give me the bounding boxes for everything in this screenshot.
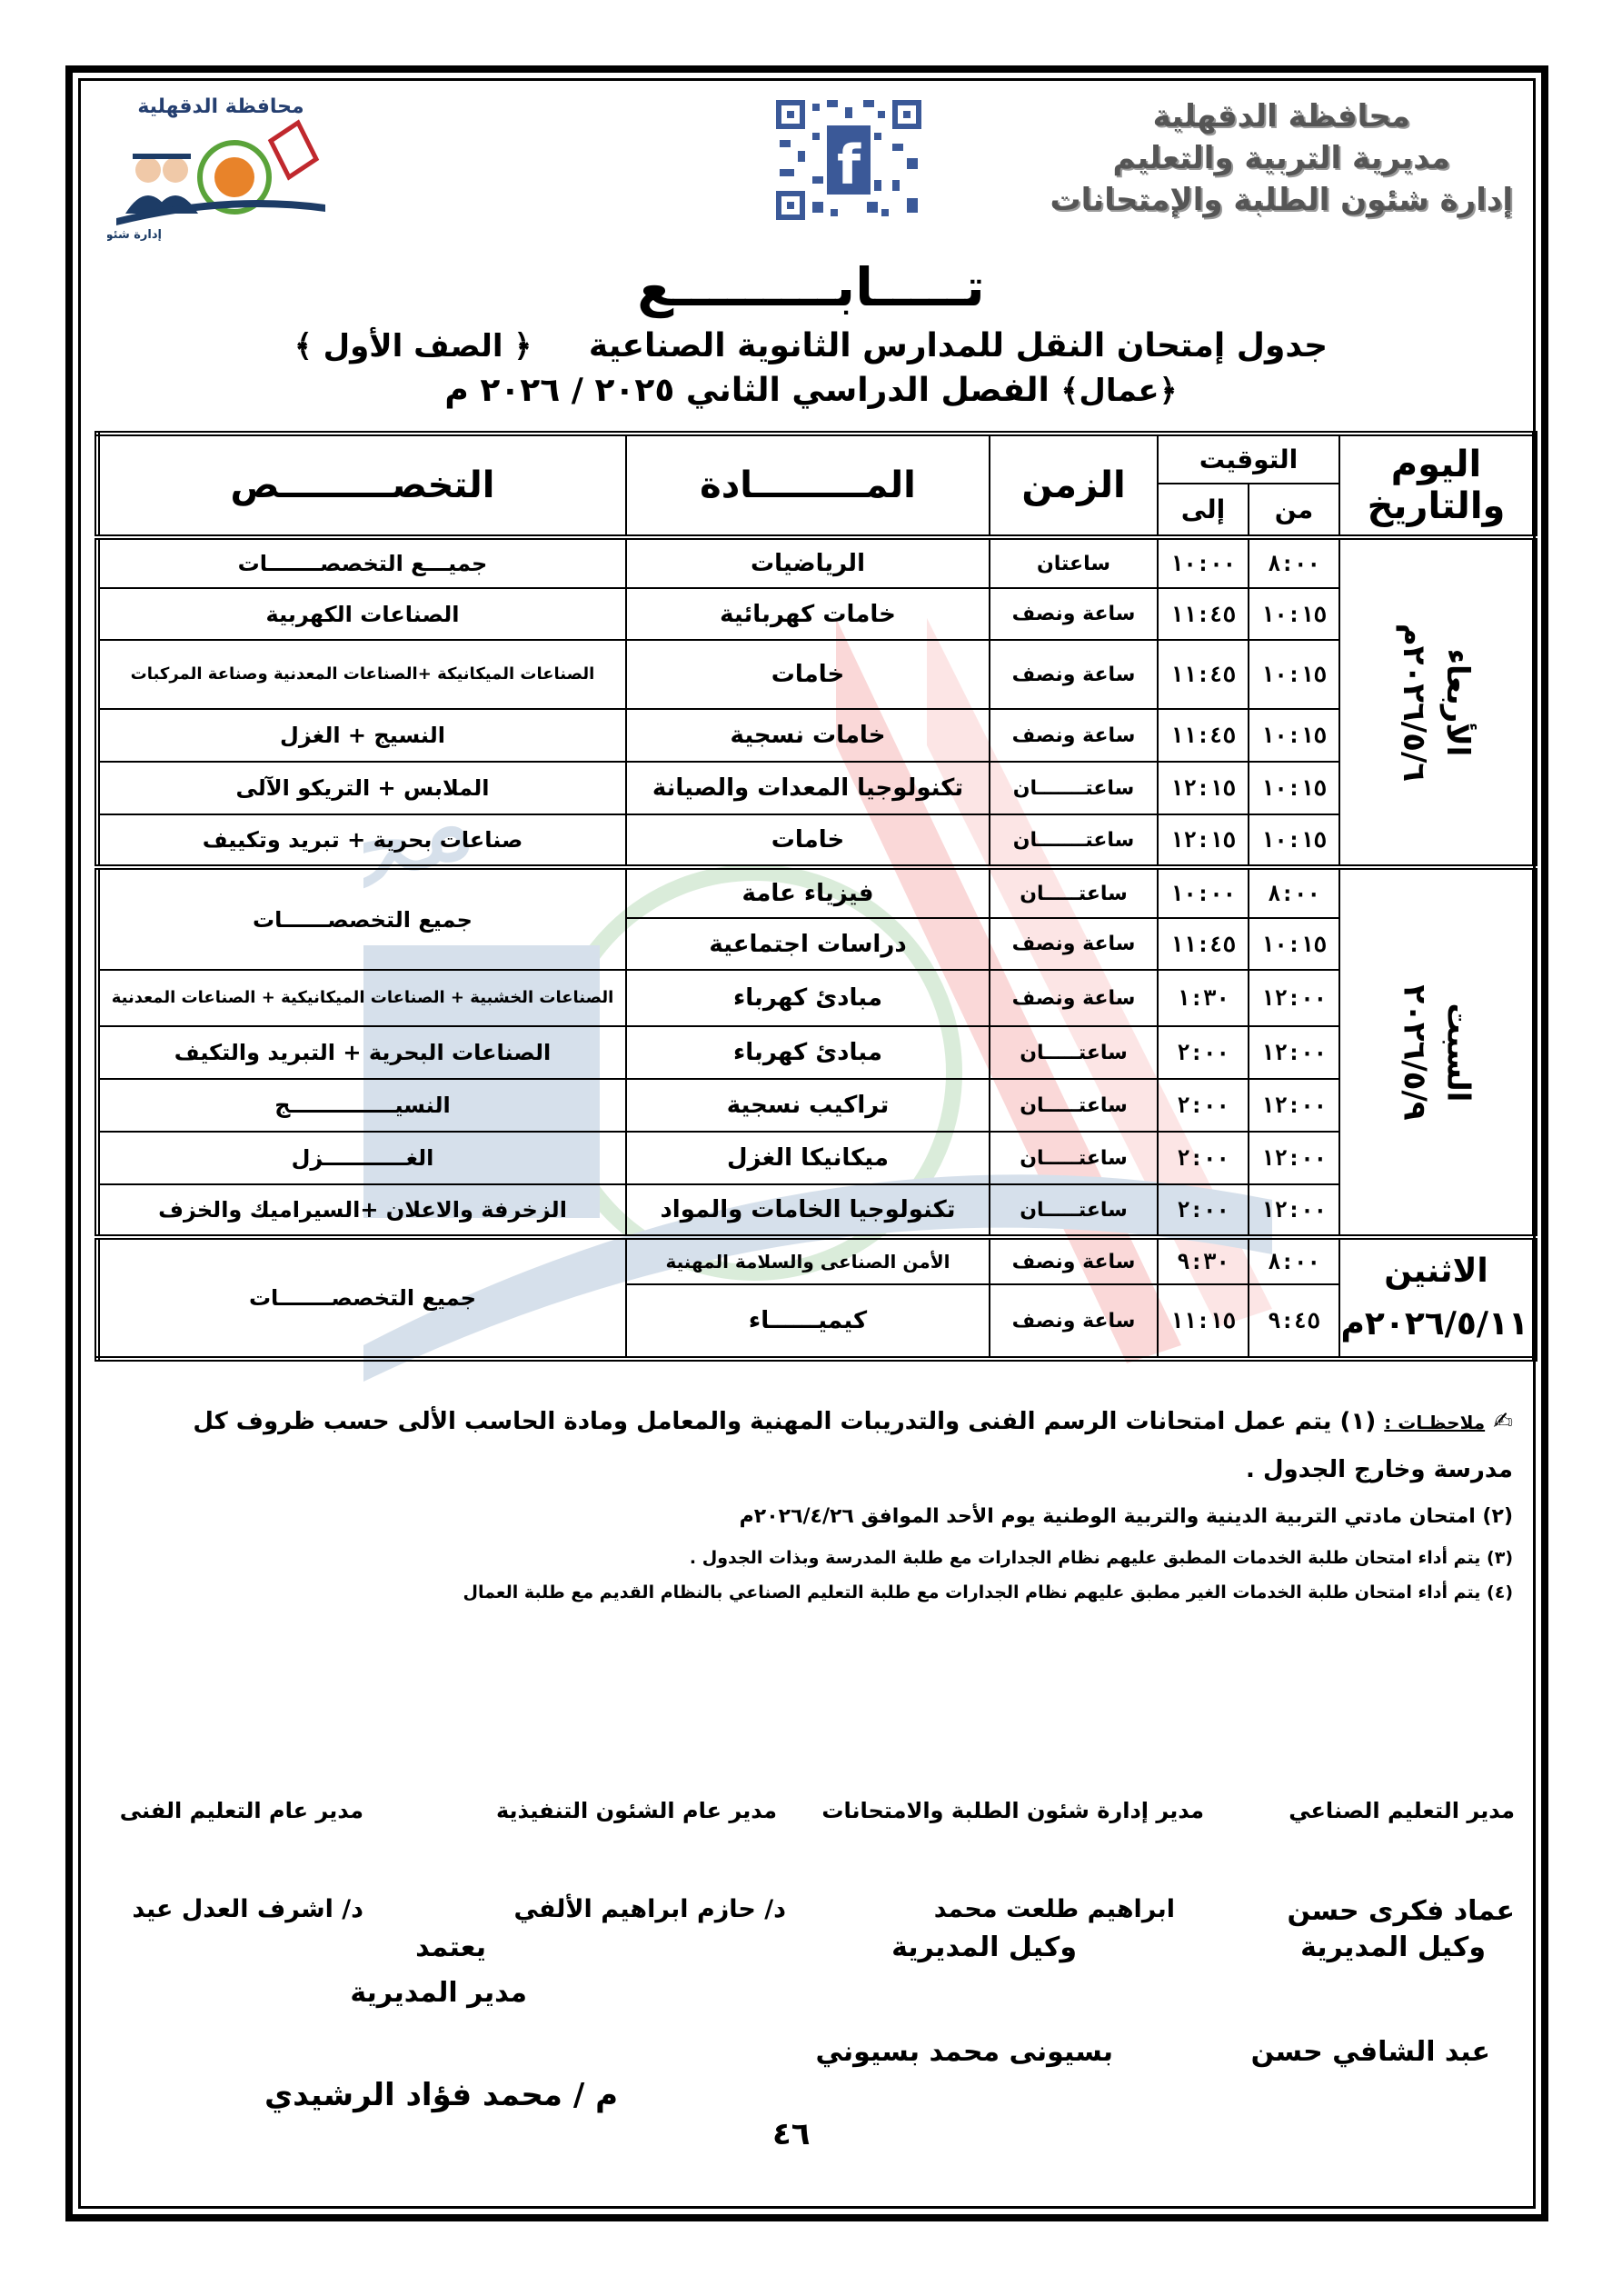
header-duration: الزمن bbox=[990, 434, 1158, 537]
table-row: ١٢:٠٠ ٢:٠٠ ساعتـــــان تكنولوجيا الخامات… bbox=[97, 1184, 1535, 1237]
day-cell-monday: الاثنين٢٠٢٦/٥/١١م bbox=[1339, 1237, 1535, 1359]
page-number: ٤٦ bbox=[772, 2116, 811, 2152]
header-to: إلى bbox=[1158, 484, 1249, 537]
table-row: ١٢:٠٠ ٢:٠٠ ساعتـــــان ميكانيكا الغزل ال… bbox=[97, 1132, 1535, 1184]
deputy-name-1: عبد الشافي حسن bbox=[1251, 2036, 1490, 2068]
svg-text:إدارة شئون الطلبة والامتحانات: إدارة شئون الطلبة والامتحانات bbox=[107, 228, 162, 241]
signature-name-1: عماد فكرى حسن bbox=[1287, 1895, 1515, 1927]
notes-label: ملاحظـات : bbox=[1384, 1412, 1485, 1433]
note-4: (٤) يتم أداء امتحان طلبة الخدمات الغير م… bbox=[118, 1575, 1513, 1610]
table-row: الاثنين٢٠٢٦/٥/١١م ٨:٠٠ ٩:٣٠ ساعة ونصف ال… bbox=[97, 1237, 1535, 1284]
signature-title-student-affairs: مدير إدارة شئون الطلبة والامتحانات bbox=[821, 1798, 1204, 1823]
header-from: من bbox=[1249, 484, 1339, 537]
signature-name-2: ابراهيم طلعت محمد bbox=[934, 1895, 1175, 1923]
signature-title-executive-affairs: مدير عام الشئون التنفيذية bbox=[496, 1798, 777, 1823]
facebook-qr-code-icon[interactable]: f bbox=[772, 96, 925, 224]
table-row: ١٠:١٥ ١١:٤٥ ساعة ونصف خامات كهربائية الص… bbox=[97, 588, 1535, 640]
directorate-logo: محافظة الدقهلية إدارة شئون الطلبة والامت… bbox=[107, 95, 334, 241]
signature-name-4: د/ اشرف العدل عيد bbox=[132, 1895, 363, 1923]
table-row: الأربعاء٢٠٢٦/٥/٦م ٨:٠٠ ١٠:٠٠ ساعتان الري… bbox=[97, 537, 1535, 588]
pencil-icon: ✍ bbox=[1493, 1408, 1513, 1435]
table-row: ١٠:١٥ ١٢:١٥ ساعتـــــــان تكنولوجيا المع… bbox=[97, 762, 1535, 814]
director-title: مدير المديرية bbox=[350, 1977, 527, 2009]
exam-schedule-table: اليوم والتاريخ التوقيت الزمن المــــــــ… bbox=[95, 431, 1537, 1362]
org-header: محافظة الدقهلية مديرية التربية والتعليم … bbox=[1050, 95, 1514, 221]
title-continued: تـــــابـــــــــع bbox=[0, 256, 1622, 318]
svg-text:f: f bbox=[837, 134, 861, 197]
directorate-name: مديرية التربية والتعليم bbox=[1050, 137, 1514, 179]
deputy-title-2: وكيل المديرية bbox=[891, 1932, 1077, 1963]
graduates-logo-icon: إدارة شئون الطلبة والامتحانات bbox=[107, 105, 334, 241]
table-row: ١٢:٠٠ ١:٣٠ ساعة ونصف مبادئ كهرباء الصناع… bbox=[97, 970, 1535, 1026]
note-3: (٣) يتم أداء امتحان طلبة الخدمات المطبق … bbox=[118, 1541, 1513, 1575]
department-name: إدارة شئون الطلبة والإمتحانات bbox=[1050, 179, 1514, 221]
note-2: (٢) امتحان مادتي التربية الدينية والتربي… bbox=[118, 1493, 1513, 1541]
note-1: ✍ ملاحظـات : (١) يتم عمل امتحانات الرسم … bbox=[118, 1398, 1513, 1493]
document-title: تـــــابـــــــــع جدول إمتحان النقل للم… bbox=[0, 256, 1622, 413]
title-line-2: ﴿عمال﴾ الفصل الدراسي الثاني ٢٠٢٥ / ٢٠٢٦ … bbox=[0, 369, 1622, 413]
signature-name-3: د/ حازم ابراهيم الألفي bbox=[514, 1895, 786, 1923]
track-label: ﴿عمال﴾ bbox=[1060, 373, 1177, 409]
header-specialization: التخصـــــــــص bbox=[97, 434, 626, 537]
day-cell-wednesday: الأربعاء٢٠٢٦/٥/٦م bbox=[1339, 537, 1535, 867]
director-name: م / محمد فؤاد الرشيدي bbox=[264, 2077, 618, 2113]
governorate-name: محافظة الدقهلية bbox=[1050, 95, 1514, 137]
header-subject: المـــــــــادة bbox=[626, 434, 990, 537]
header-timing: التوقيت bbox=[1158, 434, 1339, 484]
table-row: ١٠:١٥ ١٢:١٥ ساعتـــــــان خامات صناعات ب… bbox=[97, 814, 1535, 867]
header-row: اليوم والتاريخ التوقيت الزمن المــــــــ… bbox=[97, 434, 1535, 484]
approve-label: يعتمد bbox=[415, 1932, 486, 1963]
table-row: ١٢:٠٠ ٢:٠٠ ساعتـــــان مبادئ كهرباء الصن… bbox=[97, 1026, 1535, 1079]
deputy-name-2: بسيونى محمد بسيوني bbox=[816, 2036, 1113, 2068]
title-line-1: جدول إمتحان النقل للمدارس الثانوية الصنا… bbox=[0, 324, 1622, 369]
deputy-title-1: وكيل المديرية bbox=[1300, 1932, 1486, 1963]
grade-label: ﴿ الصف الأول ﴾ bbox=[294, 328, 532, 364]
day-cell-saturday: السبت٢٠٢٦/٥/٩ bbox=[1339, 867, 1535, 1237]
signature-title-industrial-ed: مدير التعليم الصناعي bbox=[1289, 1798, 1515, 1823]
table-row: السبت٢٠٢٦/٥/٩ ٨:٠٠ ١٠:٠٠ ساعتـــــان فيز… bbox=[97, 867, 1535, 918]
header-day-date: اليوم والتاريخ bbox=[1339, 434, 1535, 537]
notes-section: ✍ ملاحظـات : (١) يتم عمل امتحانات الرسم … bbox=[118, 1398, 1513, 1610]
table-row: ١٢:٠٠ ٢:٠٠ ساعتـــــان تراكيب نسجية النس… bbox=[97, 1079, 1535, 1132]
table-row: ١٠:١٥ ١١:٤٥ ساعة ونصف خامات نسجية النسيج… bbox=[97, 709, 1535, 762]
signature-title-technical-ed: مدير عام التعليم الفنى bbox=[120, 1798, 363, 1823]
table-row: ١٠:١٥ ١١:٤٥ ساعة ونصف خامات الصناعات الم… bbox=[97, 640, 1535, 709]
